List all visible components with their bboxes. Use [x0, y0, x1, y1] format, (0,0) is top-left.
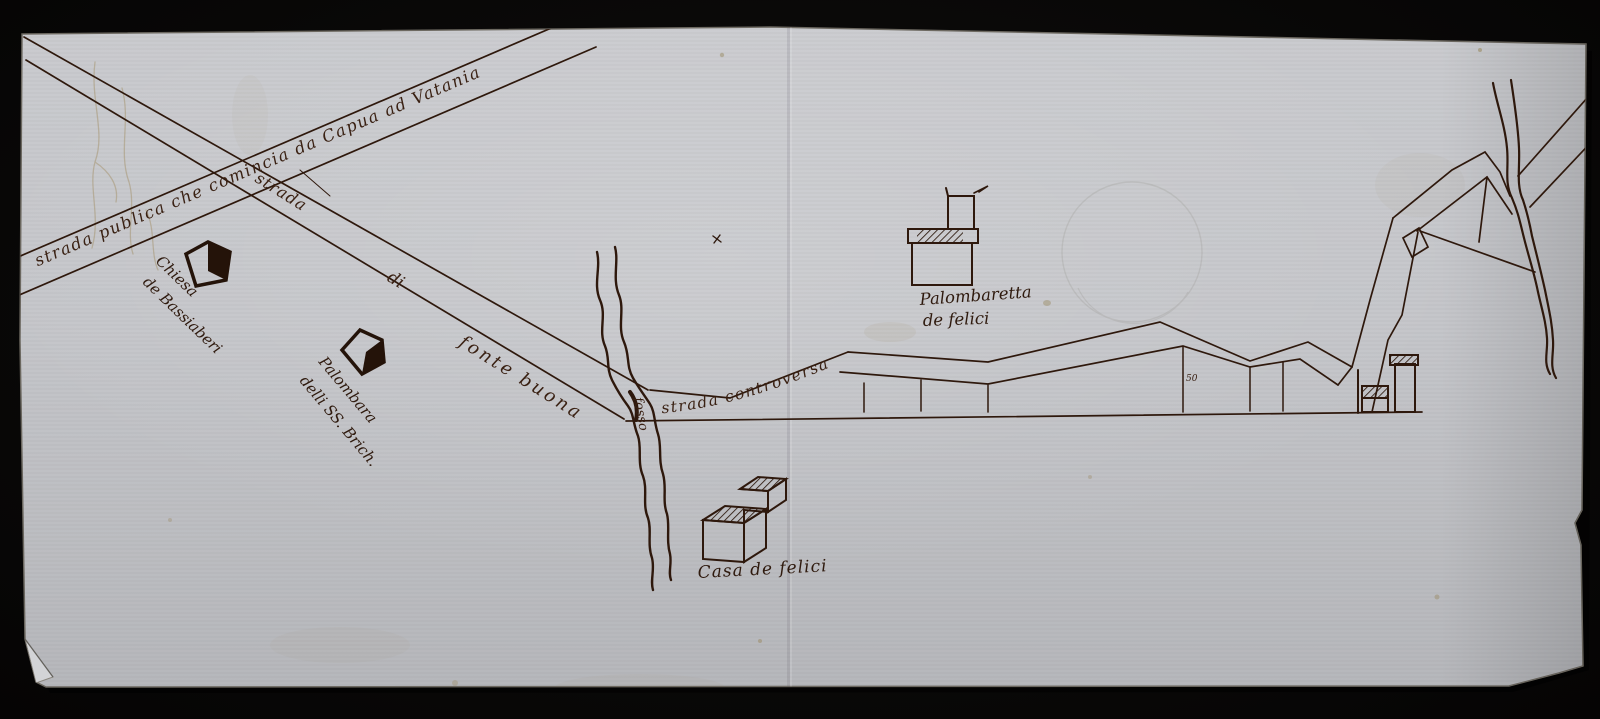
tower-band-hatch — [917, 230, 963, 242]
structure-low-hatch — [1362, 386, 1388, 398]
paper-sheet — [0, 0, 1600, 719]
photograph-of-map: strada publica che comincia da Capua ad … — [0, 0, 1600, 719]
paper-texture — [0, 0, 1600, 719]
fold-crease — [787, 20, 790, 710]
label-measure-50: 50 — [1186, 374, 1198, 384]
structure-cap-hatch — [1390, 355, 1418, 365]
map-canvas: strada publica che comincia da Capua ad … — [0, 0, 1600, 719]
svg-text:de felici: de felici — [922, 309, 989, 330]
fold-crease-highlight — [790, 20, 792, 710]
